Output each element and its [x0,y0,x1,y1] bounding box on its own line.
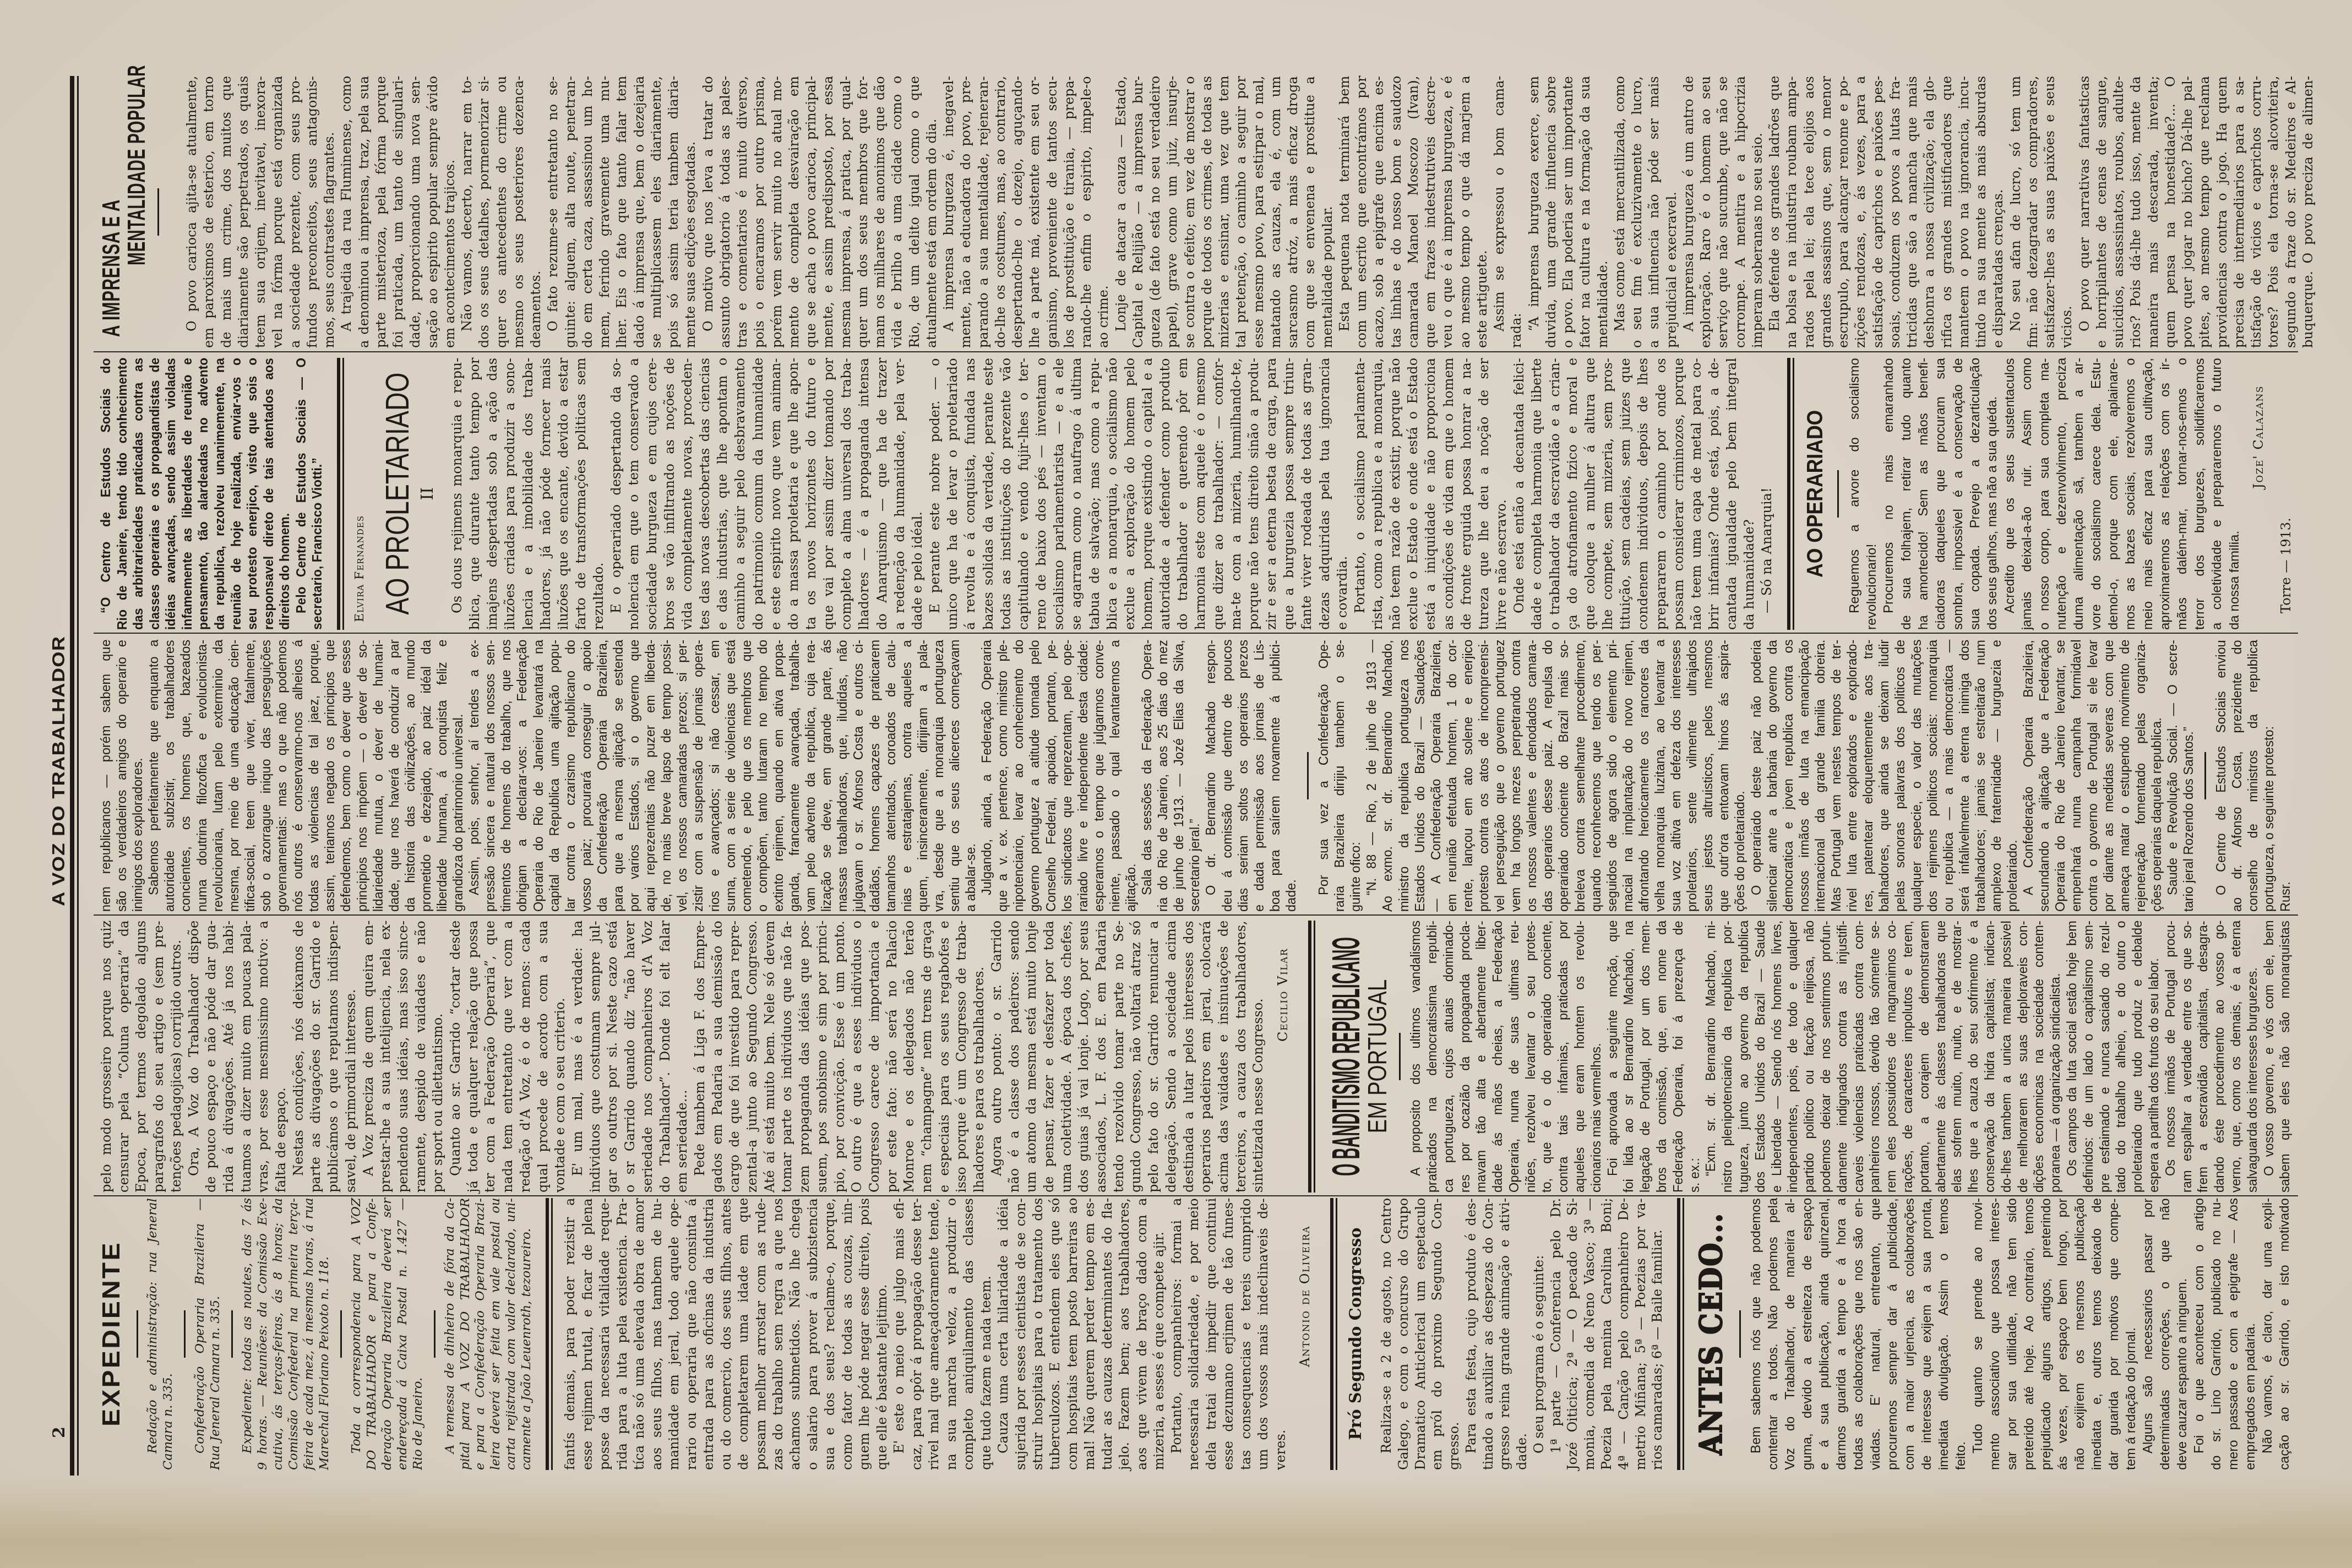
text-line-content: Rio de Janeiro. [411,1378,426,1470]
text-line: esse dezumano erjimen de tão funes- [1220,1198,1237,1470]
short-rule-separator [340,1310,342,1358]
text-line-content: todas as instituições do prezente vão [997,358,1015,630]
text-line: de sua folhajem, retirar tudo quanto [1898,358,1915,630]
text-line: podemos deixar de nos sentirmos profun- [1818,921,1834,1193]
text-line: mesma, por meio de uma educação cien- [226,640,242,912]
text-line: cionarios mais vermelhos. [1588,921,1605,1193]
text-line: mentalidade. [1594,76,1611,348]
text-line-content: Poezia pela menina Carol﻿ina Boni; [1598,1198,1615,1470]
text-line: qual procede de acordo com a sua [535,921,552,1193]
text-line-content: ou do comercio, dos seus filhos, antes [718,1198,735,1470]
text-line: partido politico ou facção relijiosa, nã… [1801,921,1818,1193]
text-line: prejudicado alguns artigos, preterindo [2038,1198,2055,1470]
text-line-content: “Exm. sr. dr. Bernardino Machado, mi- [1703,921,1719,1176]
text-line-content: contra tais infamias, praticadas por [1555,921,1572,1193]
text-line-content: se multiplicassem eles diariamente, [648,76,665,348]
text-line-content: e horripilantes de cenas de sangue, [2093,76,2110,348]
text-line-content: caz, para opôr á propagação desse ter- [908,1198,925,1470]
text-line: serviço que não sucumbe, que não se [1714,76,1732,348]
text-line: do Anarquismo — que ha de trazer [873,358,891,630]
text-line: — Só na Anarquia! [1758,358,1776,630]
text-line-content: blica e a monarquia, o socialismo não [1103,358,1121,630]
text-line: com hospitais teem posto barreiras ao [1064,1198,1081,1470]
text-line: de mais um crime, dos muitos que [218,76,235,348]
text-line: na bolsa e na industria roubam ampa- [1783,76,1800,348]
text-line-content: Mas como está mercantilizada, como [1611,76,1629,331]
text-line-content: tas linhas e do nosso bom e saudozo [1388,76,1405,348]
text-line-content: boa para saírem novamente á publici- [1267,640,1283,912]
text-line-content: delegação. Sendo a sociedade acima [1163,921,1180,1193]
text-line-content: a abalar-se. [963,843,979,912]
text-line-content: os nossos valentes e denodados camara- [1524,640,1540,912]
text-line-content: corrompe. A mentira e a hipocrizia [1732,76,1749,348]
text-line-content: diariamente são perpetrados, os quais [235,76,252,348]
text-line: o salario para prover á subzistencia [804,1198,821,1470]
text-line: do trabalhador e querendo pôr em [1174,358,1191,630]
text-line-content: do a massa proletaria e que lhe apon- [785,358,802,630]
short-rule-separator [434,1310,435,1358]
paragraph: O vosso governo, e vós com ele, bemsabem… [2261,921,2294,1193]
text-line-content: deshonra a nossa civilização; ela glo- [1921,76,1938,348]
column-flow: pelo modo grosseiro porque nos quizcensu… [98,921,2294,1193]
text-line-content: nem republicanos — porém sabem que [98,640,114,912]
short-rule-separator [1307,752,1309,799]
text-line: não é a classe dos padeiros: sendo [1006,921,1023,1193]
text-line-content: maneira mais descarada, inventa; [2145,76,2162,348]
text-line-content: vras, por esse mesmissimo motivo: a [255,921,273,1193]
text-line: esse mesmo povo, para estirpar o mal, [1250,76,1267,348]
text-line: O vosso governo, e vós com ele, bem [2261,921,2278,1193]
text-line: 1ª parte — Conferencia pelo Dr. [1548,1198,1565,1470]
text-line: los de prostituição e tirania, — prepa- [1061,76,1078,348]
text-line-content: sob o azorrague iniquo das perseguições [258,640,274,912]
text-line-content: raria Brazileira dirijiu tambem o se- [1332,640,1348,912]
text-line-content: um dos vossos mais indeclinaveis de- [1255,1198,1272,1470]
text-line-content: Congresso carece de importancia e [866,921,884,1193]
text-line: já toda e qualquer relação que possa [465,921,482,1193]
text-line-content: camarada Manoel Moscozo (Ivan), [1405,76,1422,348]
text-line-content: democratica e joven republica contra os [1781,640,1796,912]
short-rule-separator [1837,470,1839,518]
text-line: E o operariado despertando da so- [607,358,625,630]
text-line: Jozé Oiticica; 2ª — O pecado de Si- [1564,1198,1581,1470]
text-line-content: com que se envenena e prostitue a [1302,76,1319,348]
text-line: Epoca, por termos degolado alguns [133,921,150,1193]
text-line-content: 4ª — Canção pelo companheiro De- [1615,1198,1632,1470]
text-line-content: protesto contra os atos de incompreensi- [1476,640,1492,912]
text-line: lhadores — é a propaganda intensa [855,358,873,630]
paragraph: Não vamos, é claro, dar uma expli-cação … [2260,1198,2294,1470]
text-line-content: gados em Padaria a sua demissão do [709,921,727,1193]
text-line-content: lhes que a cauza do seu sofrimento é a [1966,921,1982,1193]
text-line-content: rifica os grandes mistificadores que [1939,76,1956,348]
text-line-content: res por ocazião da propaganda procla- [1457,921,1474,1193]
text-line-content: tal pretenção, o caminho a seguir por [1233,76,1250,348]
text-line-content: vel, os nossos camaradas prezos; si per- [674,640,690,912]
text-line: Portanto, o socialismo parlamenta- [1351,358,1369,630]
text-line: associados, L. F. dos E. em Padaria [1093,921,1110,1193]
text-line: pital para A VOZ DO TRABALHADOR [458,1198,473,1470]
text-line: socialismo parlamentarista — e a ele [1050,358,1068,630]
text-line: principios nos impõem — o dever de so- [355,640,371,912]
text-line-content: na sua marcha veloz, a produzir o [943,1198,960,1470]
text-line: e covardia. [1333,358,1351,630]
text-line: sua voz altiva em defeza dos interesses [1668,640,1684,912]
text-line: que elle é bastante lejitimo. [874,1198,891,1470]
text-line: que a burguezia possa sempre triun- [1280,358,1298,630]
text-line: Mas como está mercantilizada, como [1611,76,1629,348]
text-line: da Confederação Operaria Brazileira, [595,640,611,912]
text-line-content: satisfazer-lhes as suas paixões e seus [2041,76,2059,348]
text-line-content: a denominou a imprensa, traz, pela sua [356,76,373,348]
text-line: caveis violencias praticadas contra com- [1851,921,1868,1193]
text-line-content: capital da Republica uma ajitação popu- [547,640,563,912]
text-line-content: vida completamente novas, proceden- [678,358,696,630]
paragraph: Foi o que aconteceu com o artigodo sr. L… [2191,1198,2260,1470]
text-line-content: Portanto, companheiros: formai a [1168,1198,1185,1453]
text-line-content: zir e ser a eterna besta de carga, para [1262,358,1280,630]
text-line: quem, insinceramente, dirijiram a pala- [915,640,931,912]
text-line-content: los de prostituição e tirania, — prepa- [1061,76,1078,348]
text-line: independentes, pois, de todo e qualquer [1785,921,1801,1193]
text-line-content: Dramatico Anticlerical um espetaculo [1412,1198,1429,1470]
text-line-content: providencias contra o jogo. Ha quem [2214,76,2231,348]
text-line: pendendo suas idéias, mas isso since- [395,921,412,1193]
text-line-content: julgavam o sr. Afonso Costa e outros ci- [851,640,867,912]
column-divider [94,1195,2298,1196]
text-line-content: soais, conduzem os povos a lutas fra- [1887,76,1904,348]
text-line-content: Cauza uma certa hilaridade a idéia [995,1198,1012,1453]
text-line-content: Não vamos, decerto, narrar em to- [459,76,476,331]
text-line-content: dadãos, homens capazes de praticarem [867,640,883,912]
text-line: com que se envenena e prostitue a [1302,76,1319,348]
text-line-content: unico que ha de levar o proletariado [944,358,961,630]
text-line-content: que vai por assim dizer tomando por [820,358,837,630]
text-line-content: ministro da republica portugueza nos [1396,640,1412,912]
text-line-content: tuberculozos. E entendem eles que só [1047,1198,1064,1470]
text-line: o nosso corpo, para sua completa ma- [2036,358,2053,630]
text-line: Realiza-se a 2 de agosto, no Centro [1378,1198,1395,1470]
text-line: mente suas edições esgotadas. [682,76,699,348]
text-line-content: mentalidade popular. [1319,206,1336,348]
text-line: rios e avançados; si não cessar, em [707,640,723,912]
text-line-content: legação de Portugal, por um dos mem- [1637,921,1654,1193]
text-line-content: paragrafos do seu artigo e (sem pre- [150,921,168,1193]
text-line: rida á divagações. Até já nos habi- [220,921,238,1193]
text-line-content: quer os antecedentes do crime ou [493,76,510,348]
text-line-content: frem a escravidão capitalista, desagra- [2195,921,2212,1193]
text-line-content: dos Estados Unidos do Brazil — Saude [1752,921,1769,1193]
text-line: guinte: alguem, alta noute, penetran- [562,76,579,348]
text-line: portanto, a corajem de demonstrarem [1917,921,1933,1193]
text-line: jamais deixal-a-ão ruir. Assim como [2018,358,2035,630]
text-line: assunto obrigatorio á todas as pales- [717,76,734,348]
text-line: fante viver rodeada de todas as gran- [1298,358,1315,630]
text-line-content: A Confederação Operaria Brazileira, [2021,640,2037,895]
text-line: tindo na sua mente as mais absurdas [1973,76,1990,348]
text-line: mento associativo que possa interes- [1987,1198,2004,1470]
text-line-content: povo quer jogar no bicho? Dá-lhe pal- [2179,76,2196,348]
headline: AO OPERARIADO [1803,358,1827,630]
text-line: dando éste procedimento ao vosso go- [2212,921,2228,1193]
text-line: seu protesto enerjico, visto que sois o [244,358,261,630]
column-1: EXPEDIENTERedação e administração: rua J… [98,1198,2295,1470]
text-line: rista, como a republica e a monarquia, [1369,358,1386,630]
text-line-content: tenções pedagojicas) corrijido outros. [168,940,186,1193]
headline-text: EXPEDIENTE [98,1242,129,1427]
text-line: grandioza do patrimonio universal. [450,640,466,912]
text-line: O outro é que a esses individuos o [848,921,866,1193]
text-line: do em certa caza, assassinou um ho- [579,76,596,348]
text-line-content: E' um mal, mas é a verdade: ha [569,921,587,1176]
text-line-content: dos guias já vai lonje. Logo, por seus [1075,921,1093,1193]
text-line-content: manteem o povo na ignorancia, incu- [1956,76,1973,348]
text-line-content: numa doutrina filozofica e evolucionista… [194,640,210,912]
text-line-content: governo portuguez a atitude tomada pelo [1027,640,1043,912]
text-line: quando reconhecemos que tendo os per- [1588,640,1604,912]
double-rule-separator [546,1198,553,1470]
text-line: dade ás mãos cheias, a Federação [1490,921,1506,1193]
text-line-content: terror dos burguezes, solidificaremos [2191,358,2208,630]
text-line-content: metrio Miñana; 5ª — Poezias por va- [1632,1198,1649,1470]
text-line-content: struir hospitais para o tratamento dos [1030,1198,1047,1470]
text-line-content: posse da necessaria vitalidade reque- [596,1198,613,1470]
text-line-content: dos seus galhos, mas não a sua quéda. [1984,396,2001,630]
text-line-content: iluzões criadas para produzir a sono- [501,358,519,630]
text-line: a sua influencia não póde ser mais [1646,76,1663,348]
text-line: obrigam a declarar-vos: a Federação [514,640,530,912]
text-line: e dada permissão aos jornais de Lis- [1251,640,1267,912]
text-line: Rio de Janeiro. [411,1198,426,1470]
text-line-content: ramente, despido de vaidades e não [412,921,430,1193]
text-line: struir hospitais para o tratamento dos [1030,1198,1047,1470]
text-line-content: mizerias e ensinar, uma vez que tem [1216,76,1233,348]
text-line: empenhará numa campanha formidavel [2068,640,2084,912]
text-line-content: do sr. Lino Garrido, publicado no nu- [2208,1198,2225,1470]
text-line: empregados em padaria. [2242,1198,2260,1470]
text-line: Reguemos a arvore do socialismo [1846,358,1863,630]
text-line: dos Estados Unidos do Brazil — Saude [1752,921,1769,1193]
text-line: cargo de que foi investido para repre- [726,921,744,1193]
newspaper-scan: 2 A VOZ DO TRABALHADOR EXPEDIENTERedação… [0,0,2352,1568]
text-line-content: nem “champagne” nem trens de graça [918,921,936,1193]
text-line-content: rando-lhe enfim o espirito, impele-o [1078,76,1095,348]
text-line: a redenção da humanidade, pela ver- [891,358,908,630]
text-line: foi praticada, um tanto de singulari- [390,76,407,348]
text-line-content: Operaria do Rio de Janeiro levantará na [531,640,547,912]
text-line: porém vem servir muito no atual mo- [769,76,786,348]
text-line-content: aqueles que eram hontem os revolu- [1572,921,1588,1193]
text-line: carta rejistrada com valor declarado, un… [504,1198,519,1470]
text-line: proletariado. [2005,640,2021,912]
text-line: de fronte erguida possa honrar a na- [1457,358,1475,630]
text-line-content: seguidos de agora sido o elemento pri- [1604,640,1620,912]
text-line: liberdade humana, á conquista feliz e [434,640,450,912]
text-line-content: quem, insinceramente, dirijiram a pala- [915,640,931,912]
column-3: nem republicanos — porém sabem quesão os… [98,640,2295,912]
text-line: vicios. [2059,76,2076,348]
text-line: e Liberdade — Sendo nós homens livres, [1769,921,1785,1193]
column-flow: “O Centro de Estudos Sociais doRio de Ja… [98,358,2300,630]
text-line: O motivo que nos leva a tratar do [700,76,717,348]
paragraph: Tudo quanto se prende ao movi-mento asso… [1970,1198,2141,1470]
text-line-content: fante viver rodeada de todas as gran- [1298,358,1315,630]
text-line: suem, pos snobismo e sim por princi- [814,921,831,1193]
text-line-content: está a iniquidade e não proporciona [1422,358,1439,630]
text-line: Os campos da luta social estão hoje bem [2064,921,2081,1193]
text-line-content: Por sua vez a Confederação Ope- [1316,640,1332,895]
text-line: vel perseguição que o governo portuguez [1492,640,1508,912]
text-line: vontade e com o seu criterio. [552,921,569,1193]
text-line: DO TRABALHADOR e para a Confe- [364,1198,380,1470]
text-line-content: nolencia em que o tem conservado a [625,358,643,630]
headline: AO PROLETARIADOII [378,358,438,630]
text-line: ameaça matar o estupendo movimento de [2117,640,2133,912]
text-line: protesto contra os atos de incompreensi- [1476,640,1492,912]
text-line-content: Expediente: todas as noutes, das 7 ás [240,1198,255,1453]
text-line-content: O povo quer narrativas fantasticas [2076,76,2093,331]
text-line: publicámos o que reputamos indispen- [325,921,342,1193]
text-line: mavam tão alta e abertamente liber- [1473,921,1490,1193]
paragraph: Portanto, companheiros: formai anecessar… [1168,1198,1289,1470]
headline-line: O BANDITISMO REPUBLICANO [1324,921,1363,1193]
double-rule-separator [1787,358,1794,630]
text-line: internacional da grande familia obreira. [1812,640,1828,912]
text-line: escrupulo, para alcançar renome e po- [1835,76,1852,348]
text-line-content: tindo na sua mente as mais absurdas [1973,76,1990,348]
text-line-content: exclue o Estado e onde está o Estado [1404,358,1422,630]
text-line: tores? Pois ela torna-se alcoviteira, [2265,76,2282,348]
text-line-content: são os verdadeiros amigos do operario e [114,640,130,912]
text-line: ma-te com a mizeria, humilhando-te, [1227,358,1245,630]
text-line-content: a sua influencia não póde ser mais [1646,77,1663,349]
text-line: sua copada. Prevejo a dezarticulação [1967,358,1984,630]
text-line-content: Rio de Janeire, tendo tido conhecimento [115,358,131,630]
text-line-content: Rua Jeneral Camara n. 335. [208,1296,224,1470]
text-line-content: silenciar ante a barbaria do governo da [1765,640,1781,912]
text-line: todas as violencias de tal jaez, porque, [306,640,322,912]
text-line-content: ria do Rio de Janeiro, aos 25 dias do me… [1155,640,1171,912]
text-line: ça do atrofiamento fizico e moral e [1564,358,1581,630]
text-line: completo aniquilamento das classes [960,1198,977,1470]
text-line: rados pela lei; ela tece elojios aos [1801,76,1818,348]
text-line-content: timentos de homens do trabalho, que nos [498,640,514,912]
text-line: Agora outro ponto: o sr. Garrido [988,921,1006,1193]
text-line: tricidas que são a mancha que mais [1904,76,1921,348]
text-line-content: sua voz altiva em defeza dos interesses [1668,640,1684,912]
text-line-content: rios e avançados; si não cessar, em [707,640,723,912]
text-line-content: tifica-social, teem que viver, fatalment… [242,640,258,912]
text-line-content: e Liberdade — Sendo nós homens livres, [1769,921,1785,1193]
text-line: livre e não escravo. [1493,358,1510,630]
text-line-content: por diante as medidas severas com que [2101,640,2117,912]
text-line: mos as bazes sociais, rezolveremos o [2122,358,2139,630]
text-line: “A imprensa burgueza exerce, sem [1526,76,1543,348]
text-line: afrontando heroicamente os rancores da [1636,640,1652,912]
text-line: um dos vossos mais indeclinaveis de- [1255,1198,1272,1470]
text-line: zições rendozas, e, ás vezes, para a [1852,76,1869,348]
text-line: gresso. [1446,1198,1463,1470]
text-line-content: Sabemos perfeitamente que enquanto a [146,640,162,895]
text-line: Onde está então a decantada felici- [1510,358,1528,630]
text-line: nem republicanos — porém sabem que [98,640,114,912]
text-line-content: completo a alma universal dos traba- [837,358,855,630]
text-line-content: Marechal Floriano Peixoto n. 118. [317,1256,333,1470]
text-line: que se acha o povo carioca, principal- [803,76,820,348]
headline-text: O BANDITISMO REPUBLICANO [1324,937,1363,1176]
text-line: massas trabalhadoras, que, iludidas, não [835,640,851,912]
text-line-content: dade. [1513,1433,1531,1470]
text-line-content: dade. [1283,879,1299,912]
text-line: Foi o que aconteceu com o artigo [2191,1198,2208,1470]
text-line-content: sociedade burgueza e em cujos cere- [643,358,661,630]
text-line-content: Os dous rejimens monarquia e repu- [448,358,466,613]
text-line: meio mais eficaz para sua cultivação, [2139,358,2157,630]
paragraph: Assim, pois, senhor, aí tendes a ex-pres… [466,640,979,912]
text-line: vras, por esse mesmissimo motivo: a [255,921,273,1193]
text-line: iluzões criadas para produzir a sono- [501,358,519,630]
text-line: porque não tens direito sinão a produ- [1245,358,1262,630]
text-line-content: sombra, impossivel é a conservação de [1950,358,1967,630]
text-line: Lonje de atacar a cauza — Estado, [1113,76,1130,348]
text-line-content: lhadores — é a propaganda intensa [855,358,873,630]
text-line-content: responsavel direto de tais atentados aos [261,358,277,630]
text-line-content: pre esfaimado e nunca saciado do rezul- [2097,921,2114,1193]
headline-part: II [418,358,438,630]
text-line: soais, conduzem os povos a lutas fra- [1887,76,1904,348]
text-line-content: da nossa familia. [2226,531,2243,630]
headline-line: ANTES CEDO... [1693,1198,1732,1470]
text-line-content: bazes solidas da verdade, perante este [979,358,997,630]
text-line-content: nias e estratajemas, contra aqueles a [899,640,915,912]
text-line: — A Confederação Operaria Brazileira, [1428,640,1444,912]
text-line-content: pressão sincera e natural dos nossos sen… [482,640,498,912]
text-line: dos seus galhos, mas não a sua quéda. [1984,358,2001,630]
text-line: matando as cauzas, ela é, com um [1267,76,1284,348]
text-line-content: breleva contra semelhante procedimento, [1572,640,1588,912]
text-line-content: das operarios desse paiz. A repulsa do [1540,640,1556,912]
text-line: Saude e Revolução Social. — O secre- [2165,640,2181,912]
text-line: pelas sonoras palavras dos politicos de [1892,640,1908,912]
text-line-content: para que a mesma ajitação se estenda [611,640,627,912]
text-line: assim, teriamos negado os principios que [322,640,338,912]
text-line-content: Capital e Relijião — a imprensa bur- [1130,76,1147,348]
text-line: mizeria, a esses é que compete ajir. [1151,1198,1168,1470]
text-line: tugueza, junto ao governo da republica [1736,921,1752,1193]
text-line-content: Pede tambem á Liga F. dos Empre- [692,921,709,1176]
text-line-content: Os nossos irmãos de Portugal procu- [2163,921,2179,1176]
text-line: “O Centro de Estudos Sociais do [98,358,115,630]
text-line-content: tinado a auxiliar as despezas do Con- [1480,1198,1497,1470]
text-line: tíca não só uma elevada obra de amor [631,1198,648,1470]
text-line: exploração. Raro é o homem ao seu [1697,76,1714,348]
paragraph: A remessa de dinheiro de fóra da Ca-pita… [443,1198,535,1470]
paragraph: Os campos da luta social estão hoje bemd… [2064,921,2163,1193]
text-line-content: Operaria, numa de suas ultimas reu- [1506,921,1523,1193]
text-line-content: este artiguete. [1474,250,1491,348]
text-line-content: rejeneração fomentado pelas organiza- [2133,640,2149,912]
text-line-content: O seu programa é o seguinte: [1531,1255,1548,1453]
text-line: terror dos burguezes, solidificaremos [2191,358,2208,630]
text-line-content: abertamente ás classes trabalhadoras que [1933,921,1950,1193]
text-line: A Voz preciza de quem queira em- [360,921,378,1193]
double-rule-separator [1677,1198,1684,1470]
text-line: seus jestos altruisticos, pelos mesmos [1700,640,1716,912]
text-line: de pouco espaço e não póde dar gua- [203,921,220,1193]
text-line-content: autoridade subzistir, os trabalhadores [162,640,178,912]
text-line: tras e comentarios é muito diverso, [734,76,751,348]
text-line: tomar parte os individuos que não fa- [778,921,796,1193]
